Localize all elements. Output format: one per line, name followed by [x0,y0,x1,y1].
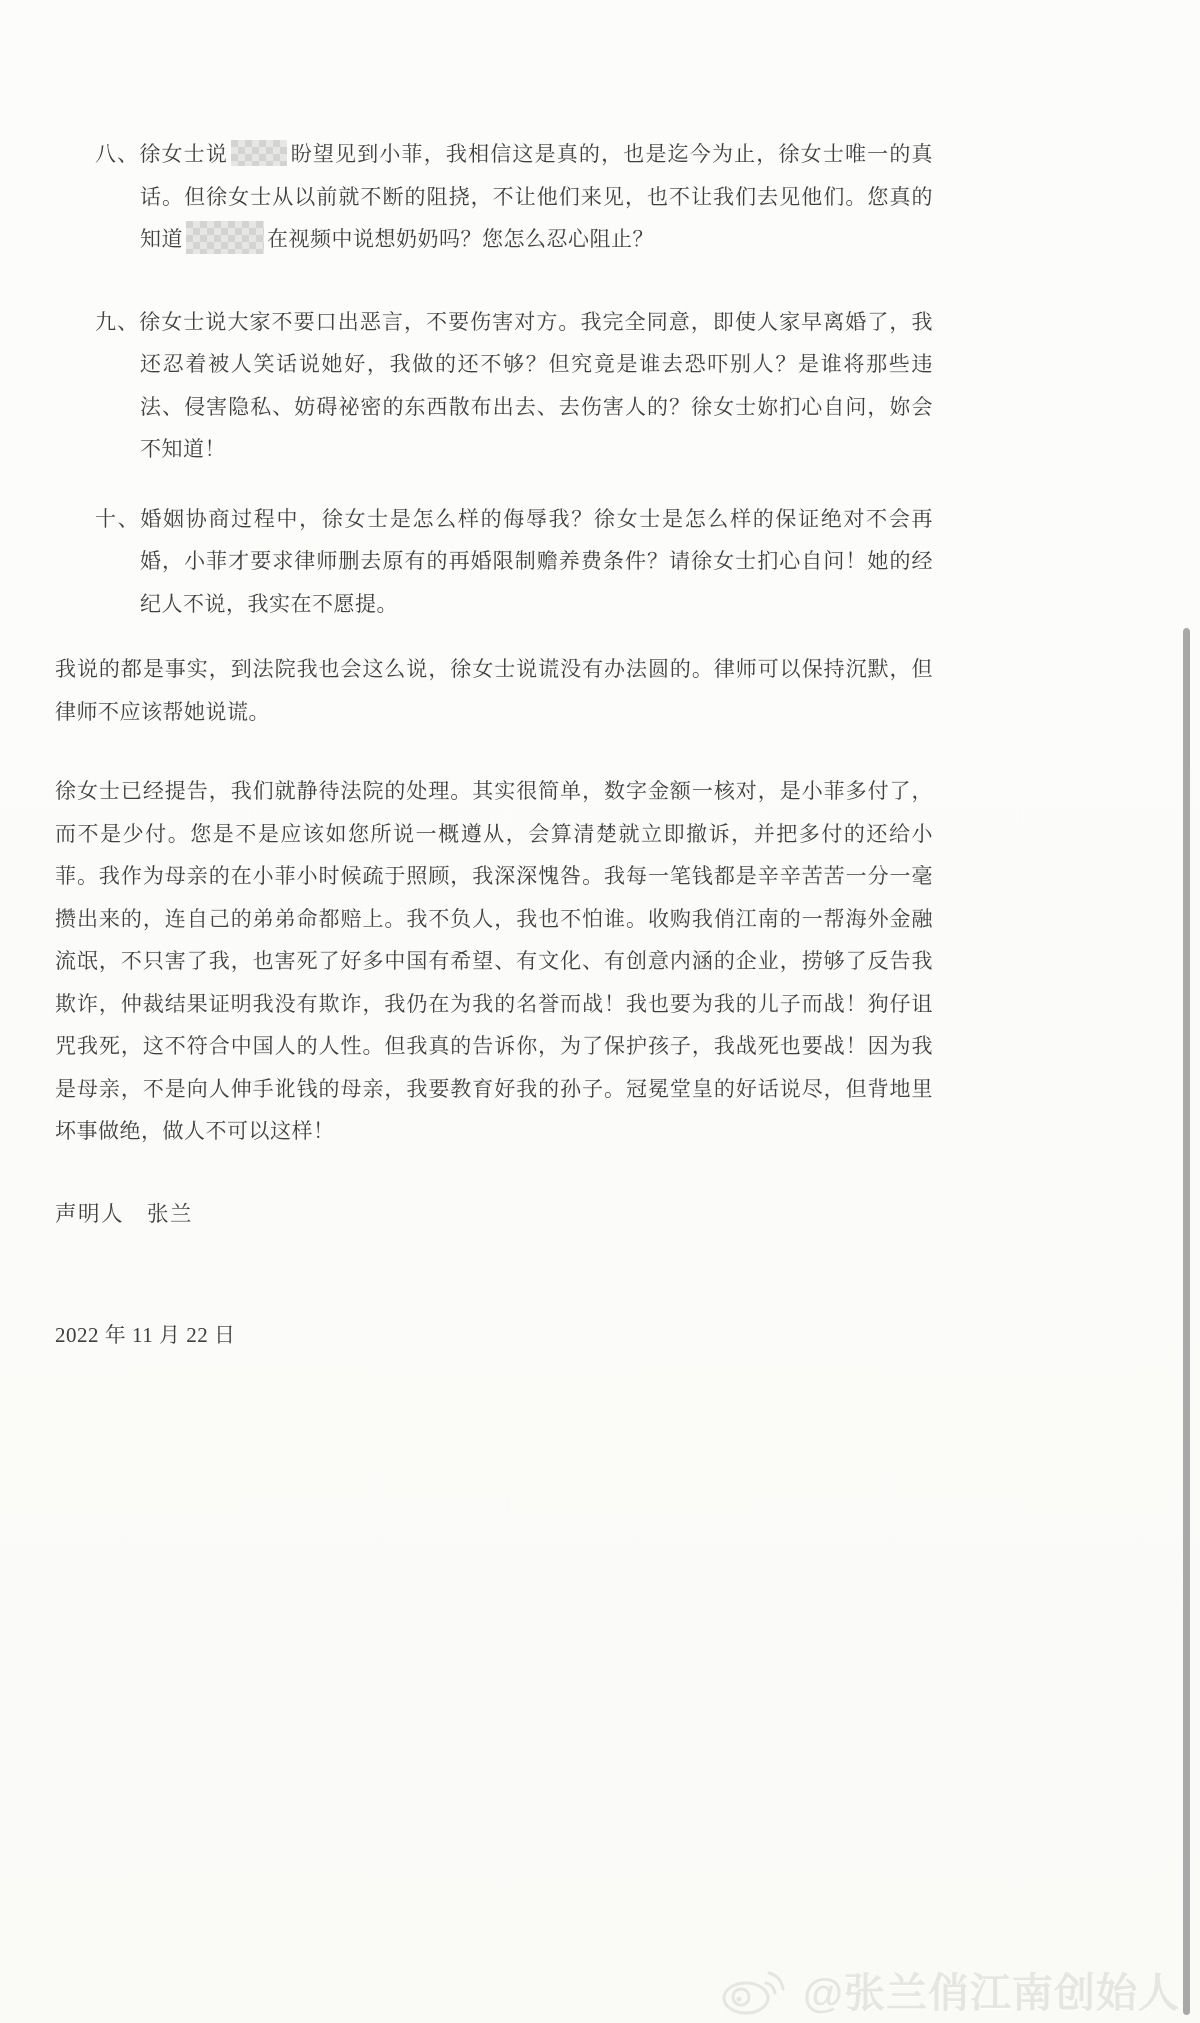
mosaic-censor-block [231,140,287,166]
item-nine-marker: 九、 [95,310,139,334]
signature-line: 声明人 张兰 [55,1193,933,1236]
mosaic-censor-block [186,221,264,254]
item-nine-text: 徐女士说大家不要口出恶言，不要伤害对方。我完全同意，即使人家早离婚了，我还忍着被… [139,310,933,462]
item-ten-text: 婚姻协商过程中，徐女士是怎么样的侮辱我？徐女士是怎么样的保证绝对不会再婚，小菲才… [140,507,933,616]
closing-paragraph-facts: 我说的都是事实，到法院我也会这么说，徐女士说谎没有办法圆的。律师可以保持沉默，但… [55,648,933,733]
statement-item-eight: 八、徐女士说盼望见到小菲，我相信这是真的，也是迄今为止，徐女士唯一的真话。但徐女… [95,133,933,261]
statement-item-nine: 九、徐女士说大家不要口出恶言，不要伤害对方。我完全同意，即使人家早离婚了，我还忍… [95,301,933,471]
item-eight-text-part1: 徐女士说 [139,142,228,166]
date-line: 2022 年 11 月 22 日 [55,1314,933,1357]
weibo-watermark: @张兰俏江南创始人 [719,1960,1180,2019]
item-eight-text-part3: 在视频中说想奶奶吗？您怎么忍心阻止？ [267,227,654,251]
item-eight-marker: 八、 [95,142,139,166]
item-ten-marker: 十、 [95,507,140,531]
scrollbar-thumb[interactable] [1183,628,1190,2015]
statement-item-ten: 十、婚姻协商过程中，徐女士是怎么样的侮辱我？徐女士是怎么样的保证绝对不会再婚，小… [95,498,933,626]
statement-body: 八、徐女士说盼望见到小菲，我相信这是真的，也是迄今为止，徐女士唯一的真话。但徐女… [55,133,933,1357]
weibo-logo-icon [719,1963,791,2017]
document-page: 八、徐女士说盼望见到小菲，我相信这是真的，也是迄今为止，徐女士唯一的真话。但徐女… [0,0,1200,2023]
closing-paragraph-final: 徐女士已经提告，我们就静待法院的处理。其实很简单，数字金额一核对，是小菲多付了，… [55,770,933,1153]
watermark-handle: @张兰俏江南创始人 [803,1960,1180,2019]
